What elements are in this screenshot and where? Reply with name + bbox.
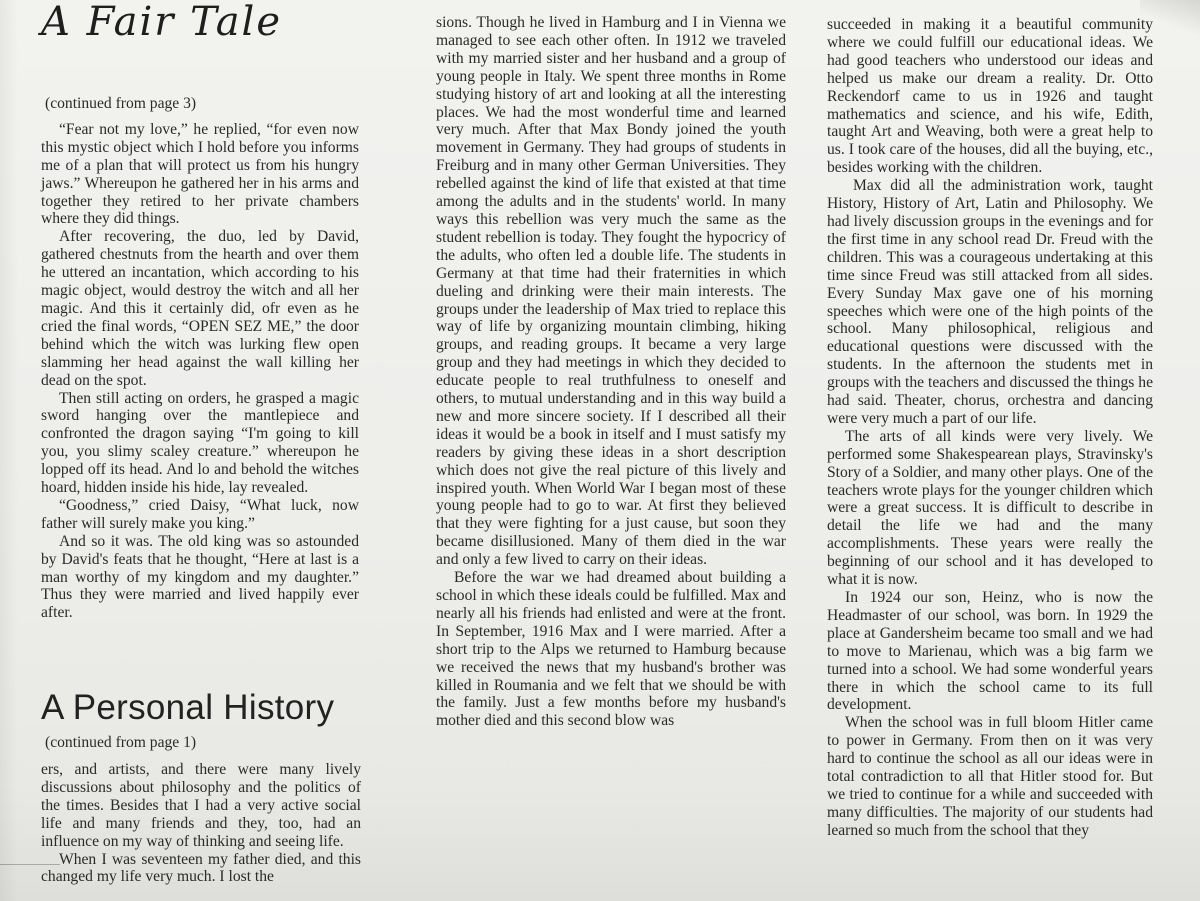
personal-history-paragraph: In 1924 our son, Heinz, who is now the H…: [827, 589, 1153, 714]
personal-history-paragraph: When I was seventeen my father died, and…: [41, 851, 361, 887]
personal-history-col3: succeeded in making it a beautiful commu…: [827, 16, 1153, 840]
personal-history-col1-body: ers, and artists, and there were many li…: [41, 761, 361, 886]
personal-history-paragraph: Before the war we had dreamed about buil…: [436, 569, 786, 730]
personal-history-title: A Personal History: [41, 688, 361, 728]
personal-history-paragraph: When the school was in full bloom Hitler…: [827, 714, 1153, 839]
personal-history-col2: sions. Though he lived in Hamburg and I …: [436, 14, 786, 730]
personal-history-continued-note: (continued from page 1): [45, 734, 361, 752]
personal-history-paragraph: The arts of all kinds were very lively. …: [827, 428, 1153, 589]
fold-crease: [0, 864, 60, 865]
fair-tale-paragraph: Then still acting on orders, he grasped …: [41, 390, 359, 497]
fair-tale-paragraph: After recovering, the duo, led by David,…: [41, 228, 359, 389]
fair-tale-paragraph: And so it was. The old king was so astou…: [41, 533, 359, 623]
fair-tale-continued-note: (continued from page 3): [45, 95, 359, 113]
fair-tale-body: “Fear not my love,” he replied, “for eve…: [41, 121, 359, 622]
fair-tale-title: A Fair Tale: [41, 14, 359, 66]
fair-tale-article: A Fair Tale (continued from page 3) “Fea…: [41, 0, 359, 622]
paper-smudge: [1140, 0, 1200, 40]
fair-tale-paragraph: “Goodness,” cried Daisy, “What luck, now…: [41, 497, 359, 533]
personal-history-paragraph: ers, and artists, and there were many li…: [41, 761, 361, 851]
personal-history-paragraph: succeeded in making it a beautiful commu…: [827, 16, 1153, 177]
personal-history-paragraph: Max did all the administration work, tau…: [827, 177, 1153, 428]
fair-tale-paragraph: “Fear not my love,” he replied, “for eve…: [41, 121, 359, 228]
newspaper-page: A Fair Tale (continued from page 3) “Fea…: [0, 0, 1200, 901]
personal-history-paragraph: sions. Though he lived in Hamburg and I …: [436, 14, 786, 569]
personal-history-article: A Personal History (continued from page …: [41, 688, 361, 886]
